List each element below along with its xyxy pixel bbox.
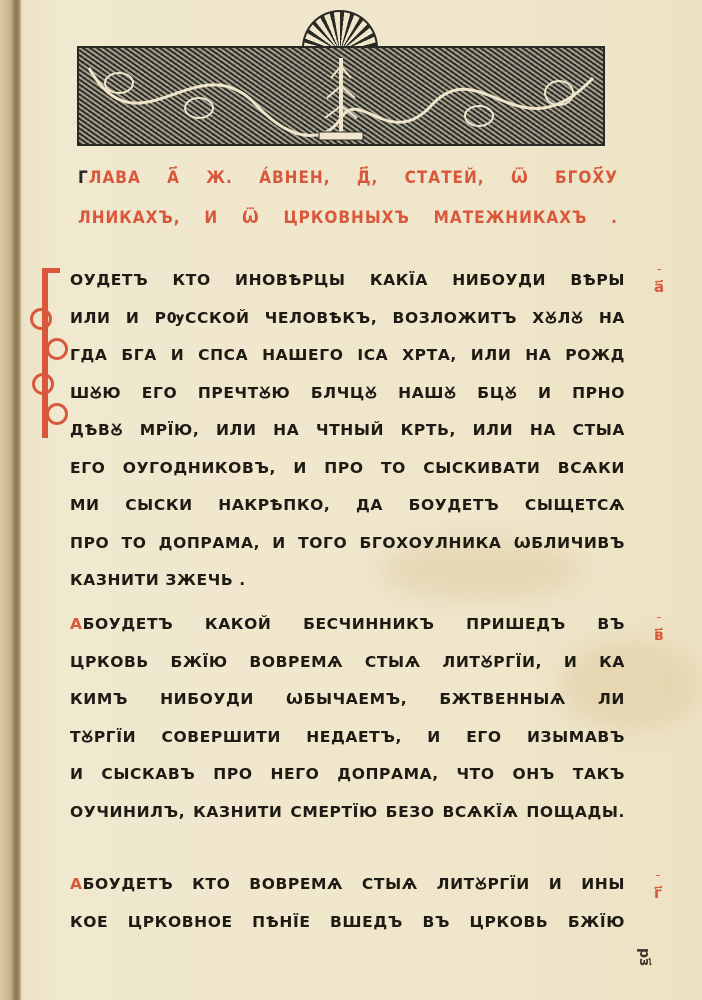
margin-number-1: ¯а҃: [654, 270, 664, 296]
text-line: дѣвꙋ мрїю, или на чтный крть, или на сты…: [70, 412, 625, 450]
text-line: Абоудетъ кто вовремѧ стыѧ литꙋргїи и ины: [70, 866, 625, 904]
text-line: ми сыски накрѣпко, да боудетъ сыщетсѧ: [70, 487, 625, 525]
title-line: лникахъ, и ѿ црковныхъ матежникахъ .: [78, 198, 618, 238]
text-line: казнити зжечь .: [70, 562, 625, 600]
text-line: оудетъ кто иновѣрцы какїа нибоуди вѣры: [70, 262, 625, 300]
text-line: и сыскавъ про него допрама, что онъ такъ: [70, 756, 625, 794]
margin-number-text: а҃: [654, 278, 664, 296]
text-line: шꙋю его пречтꙋю блчцꙋ нашꙋ бцꙋ и прно: [70, 375, 625, 413]
text-line: оучинилъ, казнити смертїю безо всѧкїѧ по…: [70, 794, 625, 832]
line-text: боудетъ какой бесчинникъ пришедъ въ: [83, 615, 625, 633]
folio-number: рз҃: [636, 948, 652, 966]
text-line: кимъ нибоуди ѡбычаемъ, бжтвенныѧ ли: [70, 681, 625, 719]
text-line: кое црковное пѣнїе вшедъ въ црковь бжїю: [70, 904, 625, 942]
decorated-initial: [36, 268, 70, 446]
margin-number-text: г҃: [654, 884, 662, 902]
red-initial: А: [70, 615, 83, 633]
title-initial: Г: [78, 168, 89, 188]
line-text: боудетъ кто вовремѧ стыѧ литꙋргїи и ины: [83, 875, 625, 893]
headpiece-ornament: [77, 46, 605, 146]
title-line: Глава а҃ ж. а́внен, д҃, статей, ѿ бгох҃у: [78, 158, 618, 198]
text-line: црковь бжїю вовремѧ стыѧ литꙋргїи, и ка: [70, 644, 625, 682]
title-text: лава а҃ ж. а́внен, д҃, статей, ѿ бгох҃у: [89, 168, 618, 188]
margin-number-3: ¯г҃: [654, 876, 662, 902]
margin-number-2: ¯в҃: [654, 618, 664, 644]
text-line: его оугодниковъ, и про то сыскивати всѧк…: [70, 450, 625, 488]
paragraph-2: Абоудетъ какой бесчинникъ пришедъ въ црк…: [70, 606, 625, 831]
margin-number-text: в҃: [654, 626, 664, 644]
title-text: лникахъ, и ѿ црковныхъ матежникахъ .: [78, 208, 618, 228]
text-line: про то допрама, и того бгохоулника ѡблич…: [70, 525, 625, 563]
red-initial: А: [70, 875, 83, 893]
chapter-title: Глава а҃ ж. а́внен, д҃, статей, ѿ бгох҃у…: [78, 158, 618, 238]
paragraph-1: оудетъ кто иновѣрцы какїа нибоуди вѣры и…: [70, 262, 625, 600]
vine-scroll-icon: [79, 48, 603, 144]
text-line: тꙋргїи совершити недаетъ, и его изымавъ: [70, 719, 625, 757]
text-line: гда бга и спса нашего іса хрта, или на р…: [70, 337, 625, 375]
paragraph-3: Абоудетъ кто вовремѧ стыѧ литꙋргїи и ины…: [70, 866, 625, 941]
text-line: Абоудетъ какой бесчинникъ пришедъ въ: [70, 606, 625, 644]
text-line: или и рѹсской человѣкъ, возложитъ хꙋлꙋ н…: [70, 300, 625, 338]
